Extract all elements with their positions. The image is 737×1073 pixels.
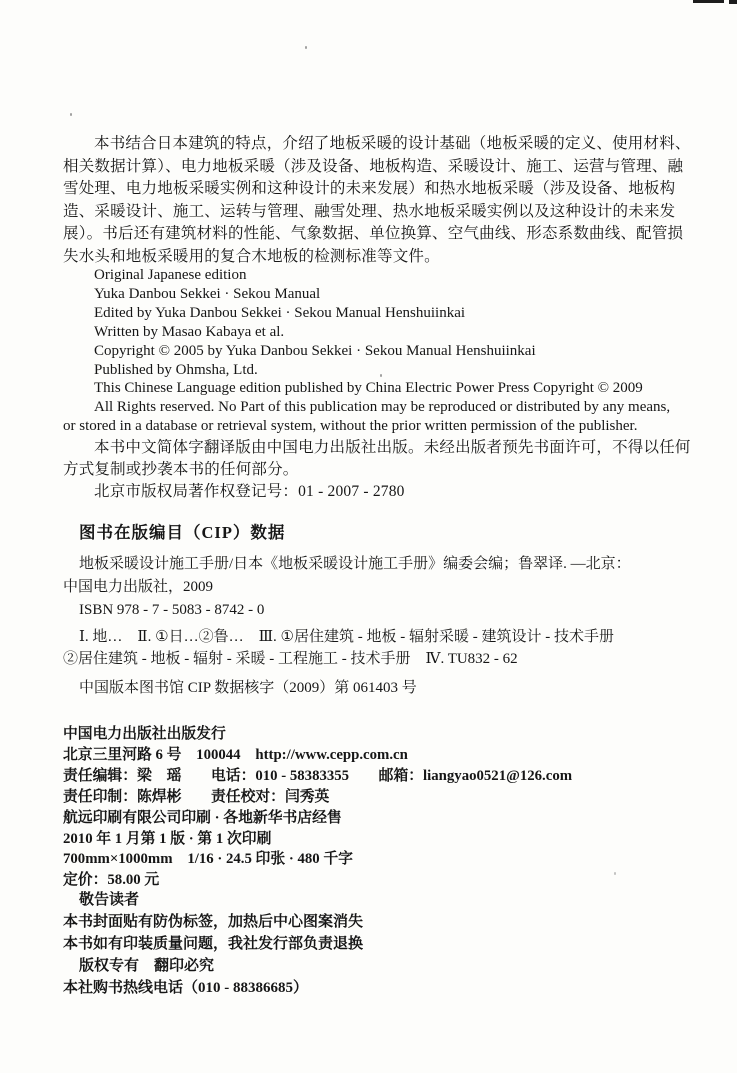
intro-paragraph: 本书结合日本建筑的特点，介绍了地板采暖的设计基础（地板采暖的定义、使用材料、 相… <box>63 133 681 269</box>
editor-contact-line: 责任编辑：梁 瑶 电话：010 - 58383355 邮箱：liangyao05… <box>63 766 681 787</box>
cip-class-line: Ⅰ. 地… Ⅱ. ①日…②鲁… Ⅲ. ①居住建筑 - 地板 - 辐射采暖 - 建… <box>63 626 681 648</box>
copyright-registration-number: 北京市版权局著作权登记号：01 - 2007 - 2780 <box>63 481 681 503</box>
english-copyright-block: Original Japanese edition Yuka Danbou Se… <box>63 266 681 436</box>
english-line: Yuka Danbou Sekkei · Sekou Manual <box>63 285 681 304</box>
cip-classification: Ⅰ. 地… Ⅱ. ①日…②鲁… Ⅲ. ①居住建筑 - 地板 - 辐射采暖 - 建… <box>63 626 681 670</box>
intro-line: 相关数据计算）、电力地板采暖（涉及设备、地板构造、采暖设计、施工、运营与管理、融 <box>63 156 681 179</box>
rights-line: 本书中文简体字翻译版由中国电力出版社出版。未经出版者预先书面许可，不得以任何 <box>63 437 681 459</box>
intro-line: 本书结合日本建筑的特点，介绍了地板采暖的设计基础（地板采暖的定义、使用材料、 <box>63 133 681 156</box>
isbn-line: ISBN 978 - 7 - 5083 - 8742 - 0 <box>63 599 681 622</box>
intro-line: 雪处理、电力地板采暖实例和这种设计的未来发展）和热水地板采暖（涉及设备、地板构 <box>63 178 681 201</box>
book-copyright-page: 本书结合日本建筑的特点，介绍了地板采暖的设计基础（地板采暖的定义、使用材料、 相… <box>0 0 737 1073</box>
reader-notice: 敬告读者 本书封面贴有防伪标签，加热后中心图案消失 本书如有印装质量问题，我社发… <box>63 889 681 999</box>
english-line: Published by Ohmsha, Ltd. <box>63 361 681 380</box>
english-line: Edited by Yuka Danbou Sekkei · Sekou Man… <box>63 304 681 323</box>
cip-heading: 图书在版编目（CIP）数据 <box>79 519 285 543</box>
publisher-line: 中国电力出版社出版发行 <box>63 724 681 745</box>
english-line: All Rights reserved. No Part of this pub… <box>63 398 681 417</box>
translation-rights-notice: 本书中文简体字翻译版由中国电力出版社出版。未经出版者预先书面许可，不得以任何 方… <box>63 437 681 503</box>
english-line: This Chinese Language edition published … <box>63 379 681 398</box>
notice-heading: 敬告读者 <box>63 889 681 911</box>
english-line: Copyright © 2005 by Yuka Danbou Sekkei ·… <box>63 342 681 361</box>
cip-bibliographic-entry: 地板采暖设计施工手册/日本《地板采暖设计施工手册》编委会编；鲁翠译. —北京： … <box>63 553 681 622</box>
hotline-line: 本社购书热线电话（010 - 88386685） <box>63 977 681 999</box>
printer-distributor-line: 航远印刷有限公司印刷 · 各地新华书店经售 <box>63 808 681 829</box>
scan-speck <box>305 46 307 49</box>
address-line: 北京三里河路 6 号 100044 http://www.cepp.com.cn <box>63 745 681 766</box>
scan-speck <box>70 113 72 116</box>
english-line: Written by Masao Kabaya et al. <box>63 323 681 342</box>
english-line: or stored in a database or retrieval sys… <box>63 417 681 436</box>
scan-artifact-bar <box>693 0 724 3</box>
cip-record-number: 中国版本图书馆 CIP 数据核字（2009）第 061403 号 <box>63 676 417 697</box>
rights-line: 方式复制或抄袭本书的任何部分。 <box>63 459 681 481</box>
cip-publisher-line: 中国电力出版社，2009 <box>63 576 681 599</box>
notice-line: 本书封面贴有防伪标签，加热后中心图案消失 <box>63 911 681 933</box>
english-line: Original Japanese edition <box>63 266 681 285</box>
print-proof-staff-line: 责任印制：陈焊彬 责任校对：闫秀英 <box>63 787 681 808</box>
cip-title-line: 地板采暖设计施工手册/日本《地板采暖设计施工手册》编委会编；鲁翠译. —北京： <box>63 553 681 576</box>
notice-line: 本书如有印装质量问题，我社发行部负责退换 <box>63 933 681 955</box>
intro-line: 造、采暖设计、施工、运转与管理、融雪处理、热水地板采暖实例以及这种设计的未来发 <box>63 201 681 224</box>
scan-artifact-bar <box>729 0 737 4</box>
cip-class-line: ②居住建筑 - 地板 - 辐射 - 采暖 - 工程施工 - 技术手册 Ⅳ. TU… <box>63 648 681 670</box>
format-sheets-line: 700mm×1000mm 1/16 · 24.5 印张 · 480 千字 <box>63 849 681 870</box>
publisher-colophon: 中国电力出版社出版发行 北京三里河路 6 号 100044 http://www… <box>63 724 681 891</box>
edition-impression-line: 2010 年 1 月第 1 版 · 第 1 次印刷 <box>63 829 681 850</box>
intro-line: 展）。书后还有建筑材料的性能、气象数据、单位换算、空气曲线、形态系数曲线、配管损 <box>63 223 681 246</box>
cip-record-line: 中国版本图书馆 CIP 数据核字（2009）第 061403 号 <box>63 676 417 697</box>
copyright-emphasis-line: 版权专有 翻印必究 <box>63 955 681 977</box>
